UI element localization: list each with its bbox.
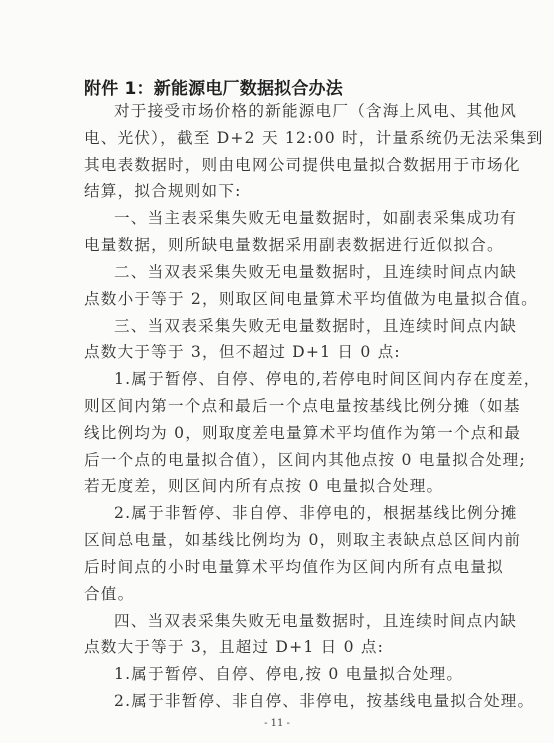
paragraph-line: 若无度差，则区间内所有点按 0 电量拟合处理。 xyxy=(84,475,476,497)
document-page: 附件 1：新能源电厂数据拟合办法 - 11 - 对于接受市场价格的新能源电厂（含… xyxy=(0,0,554,743)
paragraph-line: 一、当主表采集失败无电量数据时，如副表采集成功有 xyxy=(114,207,476,229)
paragraph-line: 点数大于等于 3，但不超过 D+1 日 0 点: xyxy=(84,341,476,363)
paragraph-line: 电量数据，则所缺电量数据采用副表数据进行近似拟合。 xyxy=(84,234,476,256)
paragraph-line: 点数大于等于 3，且超过 D+1 日 0 点: xyxy=(84,636,476,658)
paragraph-line: 则区间内第一个点和最后一个点电量按基线比例分摊（如基 xyxy=(84,395,476,417)
paragraph-line: 电、光伏），截至 D+2 天 12:00 时，计量系统仍无法采集到 xyxy=(84,127,476,149)
paragraph-line: 四、当双表采集失败无电量数据时，且连续时间点内缺 xyxy=(114,610,476,632)
paragraph-line: 对于接受市场价格的新能源电厂（含海上风电、其他风 xyxy=(114,100,476,122)
document-title: 附件 1：新能源电厂数据拟合办法 xyxy=(84,74,343,99)
paragraph-line: 其电表数据时，则由电网公司提供电量拟合数据用于市场化 xyxy=(84,154,476,176)
paragraph-line: 2.属于非暂停、非自停、非停电的，根据基线比例分摊 xyxy=(114,502,476,524)
paragraph-line: 三、当双表采集失败无电量数据时，且连续时间点内缺 xyxy=(114,315,476,337)
paragraph-line: 1.属于暂停、自停、停电的,若停电时间区间内存在度差， xyxy=(114,368,476,390)
paragraph-line: 区间总电量，如基线比例均为 0，则取主表缺点总区间内前 xyxy=(84,529,476,551)
paragraph-line: 结算，拟合规则如下: xyxy=(84,180,476,202)
page-number: - 11 - xyxy=(0,718,554,729)
paragraph-line: 1.属于暂停、自停、停电,按 0 电量拟合处理。 xyxy=(114,663,476,685)
paragraph-line: 点数小于等于 2，则取区间电量算术平均值做为电量拟合值。 xyxy=(84,288,476,310)
paragraph-line: 2.属于非暂停、非自停、非停电，按基线电量拟合处理。 xyxy=(114,690,476,712)
paragraph-line: 二、当双表采集失败无电量数据时，且连续时间点内缺 xyxy=(114,261,476,283)
paragraph-line: 后时间点的小时电量算术平均值作为区间内所有点电量拟 xyxy=(84,556,476,578)
paragraph-line: 合值。 xyxy=(84,583,476,605)
paragraph-line: 后一个点的电量拟合值），区间内其他点按 0 电量拟合处理; xyxy=(84,449,476,471)
paragraph-line: 线比例均为 0，则取度差电量算术平均值作为第一个点和最 xyxy=(84,422,476,444)
